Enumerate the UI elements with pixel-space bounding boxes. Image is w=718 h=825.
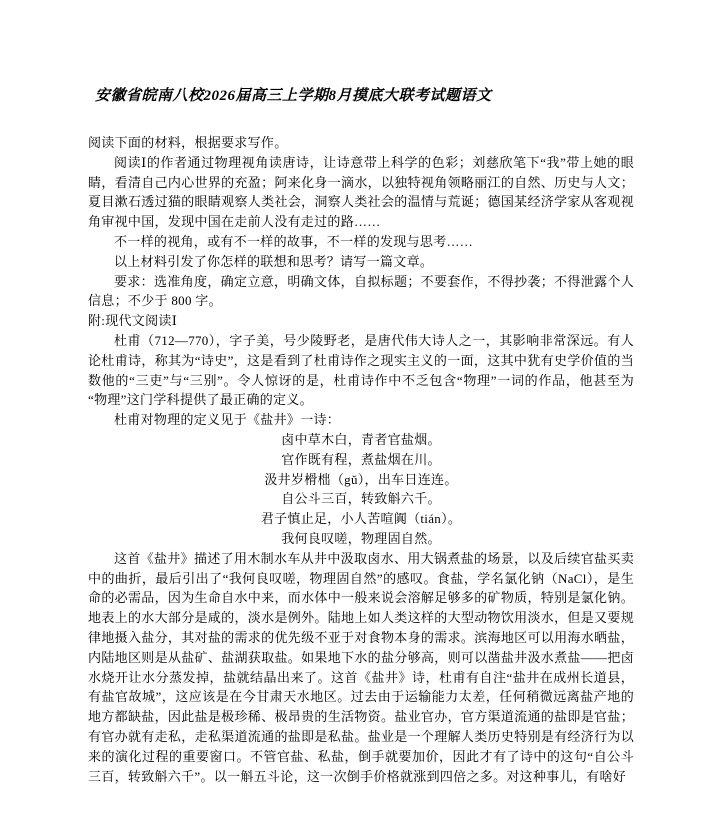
reading-paragraph-dufu: 杜甫（712—770），字子美，号少陵野老，是唐代伟大诗人之一，其影响非常深远。… <box>88 331 634 410</box>
poem-line-6: 我何良叹嗟，物理固自然。 <box>88 529 634 549</box>
document-body: 阅读下面的材料，根据要求写作。 阅读Ⅰ的作者通过物理视角读唐诗，让诗意带上科学的… <box>88 133 634 786</box>
material-paragraph-1: 阅读Ⅰ的作者通过物理视角读唐诗，让诗意带上科学的色彩；刘慈欣笔下“我”带上她的眼… <box>88 153 634 232</box>
writing-task-intro: 阅读下面的材料，根据要求写作。 <box>88 133 634 153</box>
closing-paragraph: 这首《盐井》描述了用木制水车从井中汲取卤水、用大锅煮盐的场景，以及后续官盐买卖中… <box>88 549 634 787</box>
poem-line-3: 汲井岁榾柮（gǔ），出车日连连。 <box>88 470 634 490</box>
poem-yanjing: 卤中草木白，青者官盐烟。 官作既有程，煮盐烟在川。 汲井岁榾柮（gǔ），出车日连… <box>88 430 634 549</box>
poem-line-2: 官作既有程，煮盐烟在川。 <box>88 450 634 470</box>
reading-paragraph-poem-intro: 杜甫对物理的定义见于《盐井》一诗： <box>88 410 634 430</box>
material-paragraph-2: 不一样的视角，或有不一样的故事，不一样的发现与思考…… <box>88 232 634 252</box>
poem-line-5: 君子慎止足，小人苦喧阗（tián）。 <box>88 509 634 529</box>
poem-line-1: 卤中草木白，青者官盐烟。 <box>88 430 634 450</box>
material-paragraph-3: 以上材料引发了你怎样的联想和思考？请写一篇文章。 <box>88 252 634 272</box>
exam-document-page: 安徽省皖南八校2026届高三上学期8月摸底大联考试题语文 阅读下面的材料，根据要… <box>0 0 718 825</box>
poem-line-4: 自公斗三百，转致斛六千。 <box>88 489 634 509</box>
document-title: 安徽省皖南八校2026届高三上学期8月摸底大联考试题语文 <box>95 84 634 105</box>
attachment-label: 附:现代文阅读Ⅰ <box>88 311 634 331</box>
requirements-paragraph: 要求：选准角度，确定立意，明确文体，自拟标题；不要套作，不得抄袭；不得泄露个人信… <box>88 272 634 312</box>
